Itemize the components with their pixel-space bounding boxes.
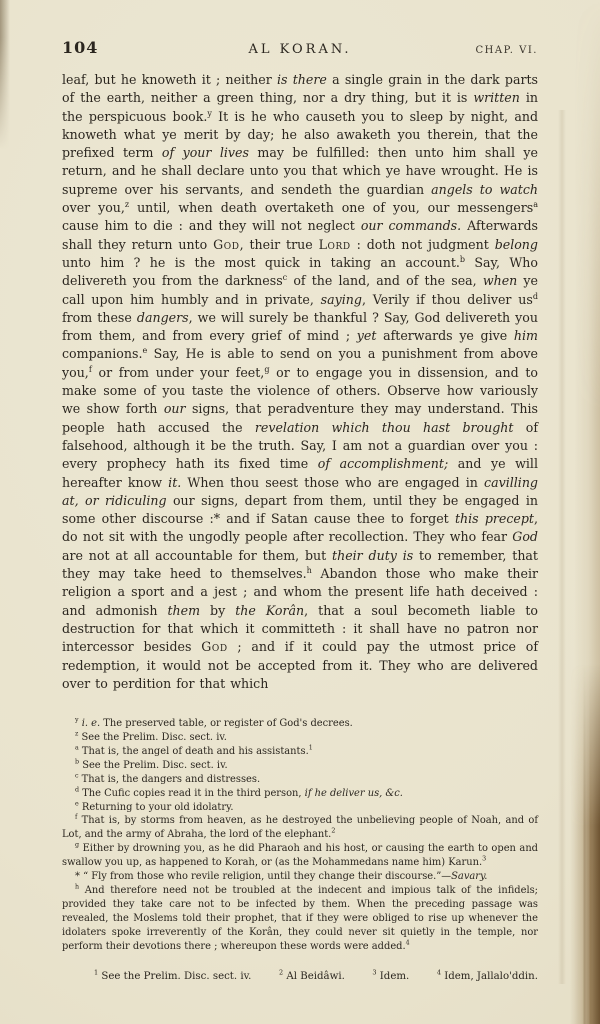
reference-item: 4 Idem, Jallalo'ddin.: [437, 971, 538, 982]
reference-item: 2 Al Beidâwi.: [279, 971, 345, 982]
book-page: 104 AL KORAN. CHAP. VI. leaf, but he kno…: [0, 0, 600, 1024]
footnote: y i. e. The preserved table, or register…: [62, 717, 538, 731]
references-row: 1 See the Prelim. Disc. sect. iv. 2 Al B…: [94, 971, 538, 982]
footnote: g Either by drowning you, as he did Phar…: [62, 842, 538, 870]
footnote: c That is, the dangers and distresses.: [62, 773, 538, 787]
page-header: 104 AL KORAN. CHAP. VI.: [62, 38, 538, 57]
footnote: * “ Fly from those who revile religion, …: [62, 870, 538, 884]
chapter-label: CHAP. VI.: [475, 45, 538, 56]
footnote: h And therefore need not be troubled at …: [62, 884, 538, 954]
footnotes-section: y i. e. The preserved table, or register…: [62, 717, 538, 953]
reference-item: 3 Idem.: [372, 971, 409, 982]
running-title: AL KORAN.: [248, 42, 351, 57]
footnote: a That is, the angel of death and his as…: [62, 745, 538, 759]
footnote: f That is, by storms from heaven, as he …: [62, 814, 538, 842]
reference-item: 1 See the Prelim. Disc. sect. iv.: [94, 971, 251, 982]
footnote: e Returning to your old idolatry.: [62, 801, 538, 815]
page-content: leaf, but he knoweth it ; neither is the…: [0, 71, 600, 982]
body-paragraph: leaf, but he knoweth it ; neither is the…: [62, 71, 538, 693]
footnote: z See the Prelim. Disc. sect. iv.: [62, 731, 538, 745]
footnote: b See the Prelim. Disc. sect. iv.: [62, 759, 538, 773]
page-number: 104: [62, 38, 98, 57]
footnote: d The Cufic copies read it in the third …: [62, 787, 538, 801]
